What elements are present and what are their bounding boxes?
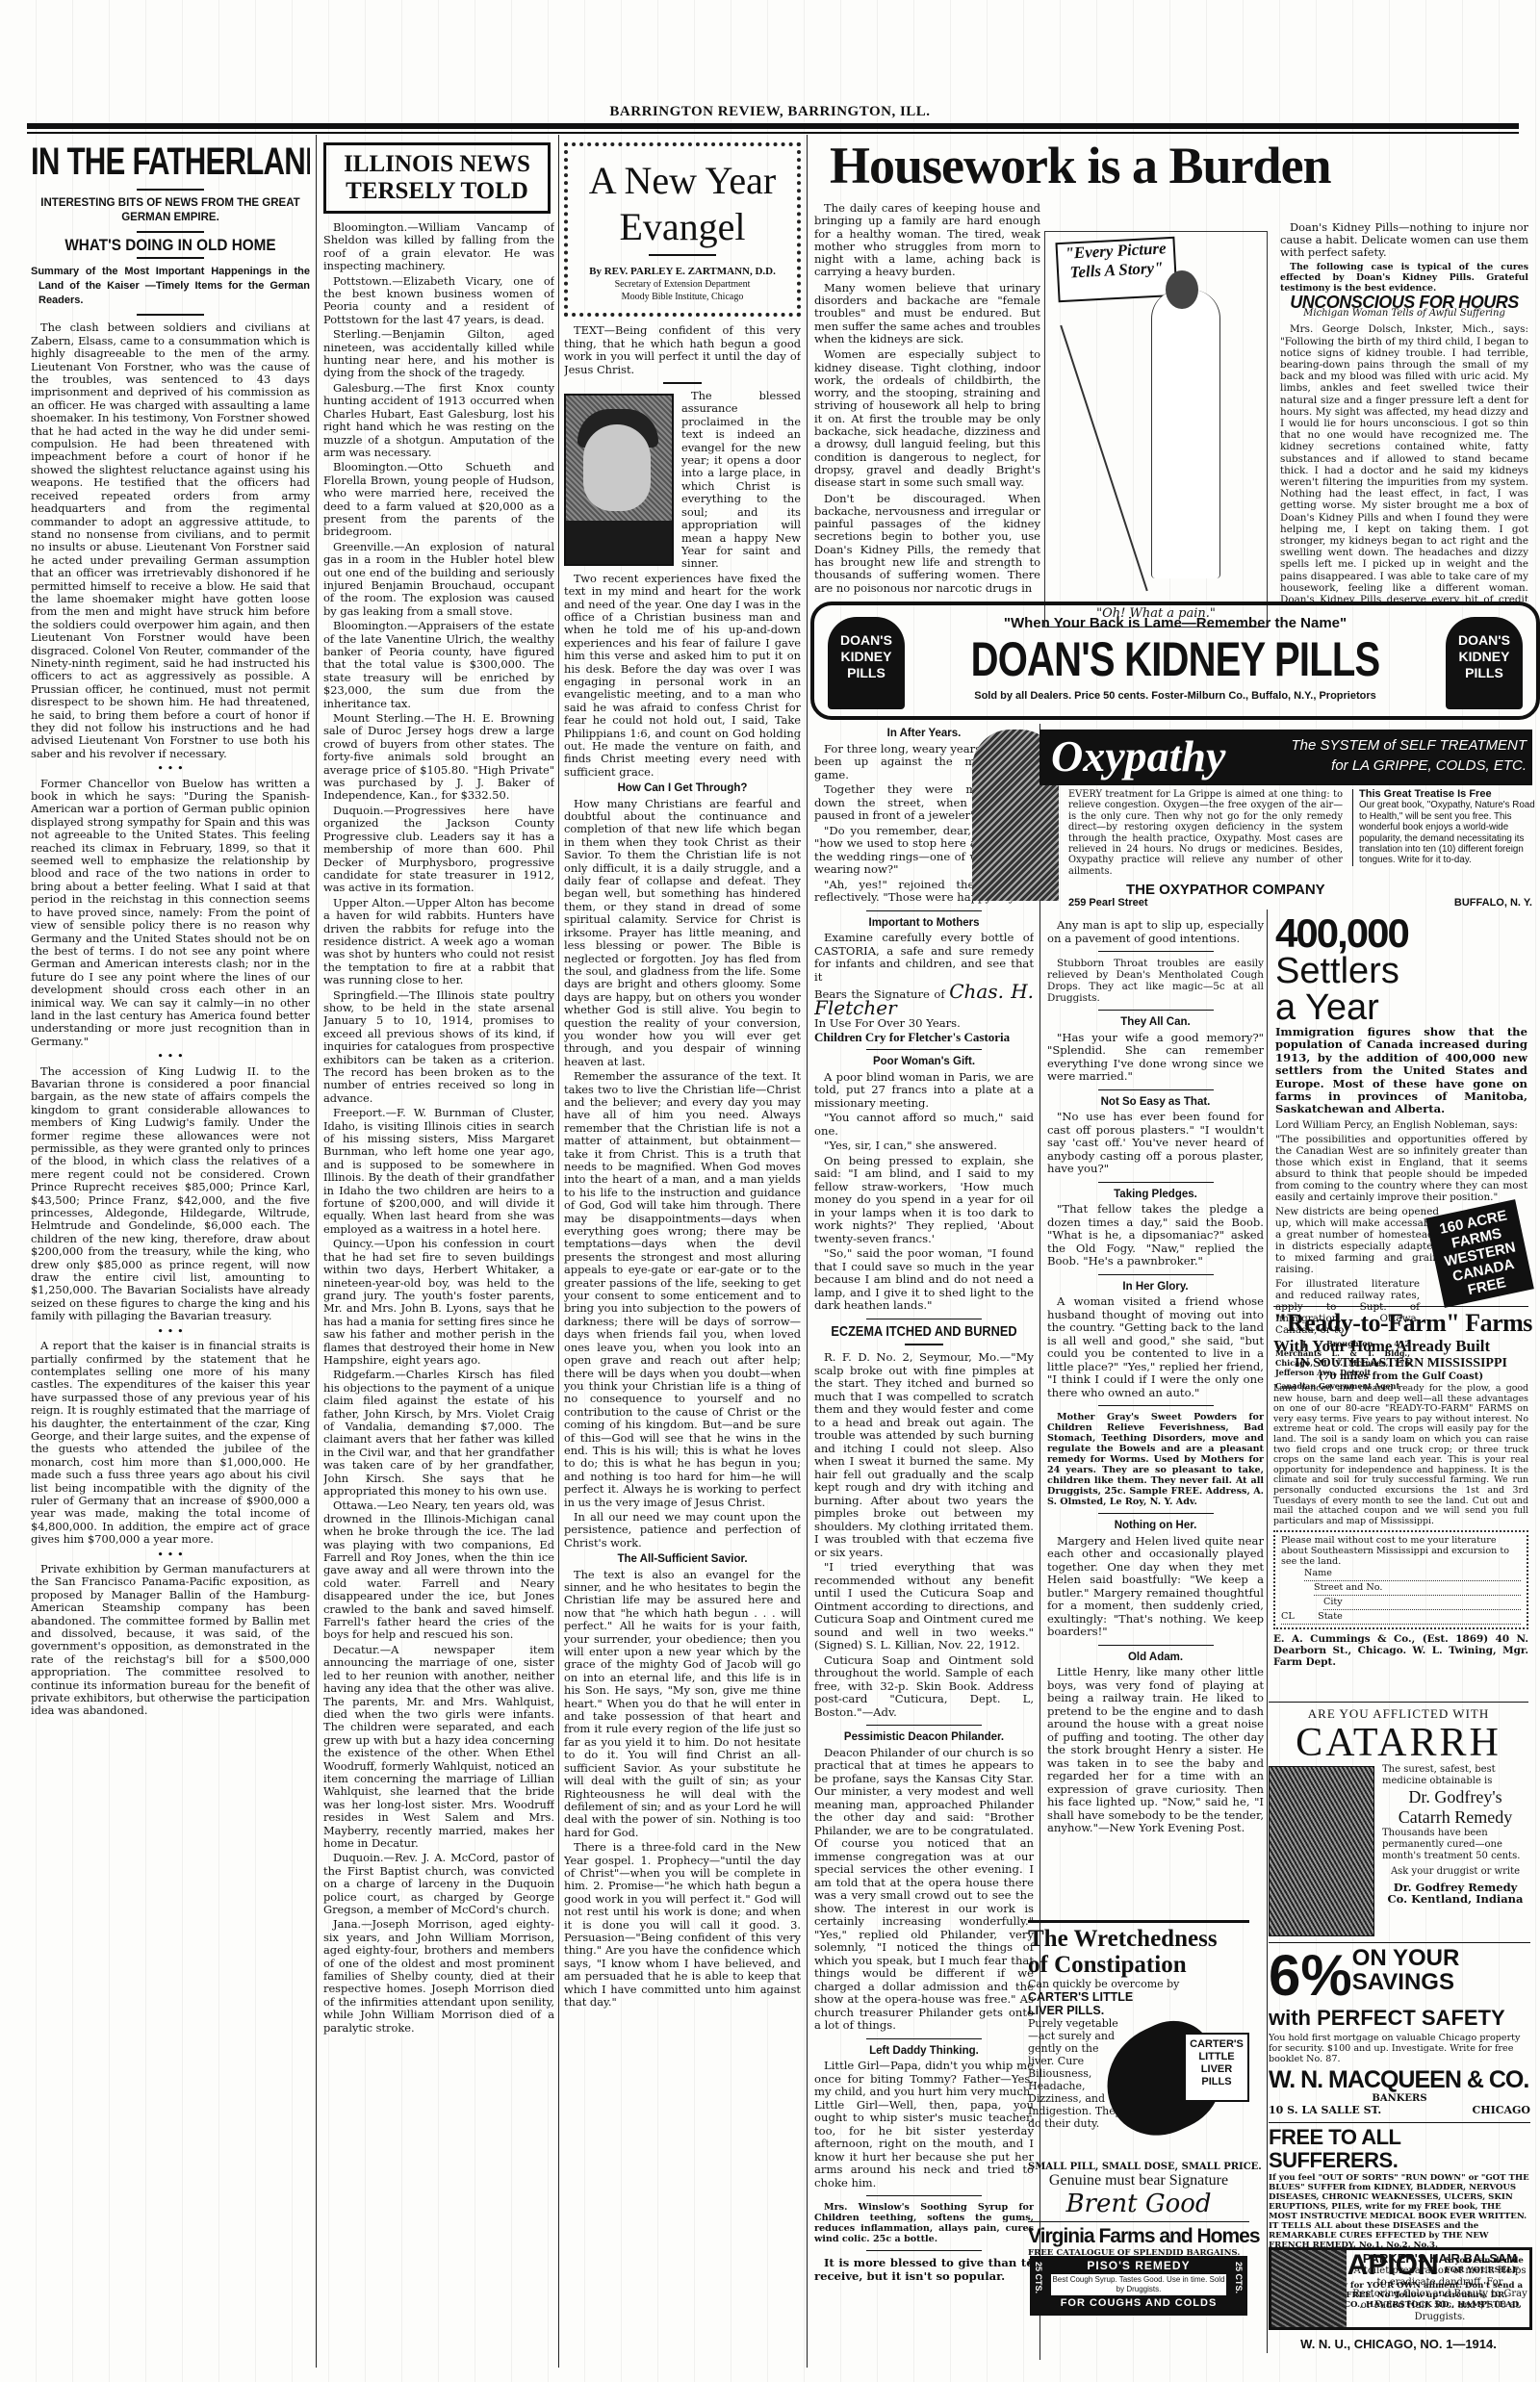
fatherland-paragraph: The accession of King Ludwig II. to the … [31,1065,310,1323]
divider [137,189,204,191]
all-can-head: They All Can. [1047,1016,1264,1030]
housework-p2: Many women believe that urinary disorder… [814,282,1040,346]
illinois-news-item: Duquoin.—Rev. J. A. McCord, pastor of th… [323,1852,554,1916]
every-picture-banner: "Every Picture Tells A Story" [1055,237,1177,302]
eczema-p: Cuticura Soap and Ointment sold througho… [814,1654,1034,1720]
separator-dots: • • • [31,1549,310,1561]
author-portrait [564,394,674,566]
illinois-column: ILLINOIS NEWS TERSELY TOLD Bloomington.—… [323,135,554,2368]
divider [649,254,716,256]
illinois-news-item: Ottawa.—Leo Neary, ten years old, was dr… [323,1499,554,1641]
divider [905,1344,943,1345]
ready-body: Land fenced and cleared ready for the pl… [1273,1384,1528,1526]
deacon-head: Pessimistic Deacon Philander. [814,1731,1034,1745]
illinois-news-item: Quincy.—Upon his confession in court tha… [323,1238,554,1367]
ready-distance: (70 miles from the Gulf Coast) [1273,1371,1528,1382]
settlers-line2: Settlers [1275,953,1527,989]
carters-head-2: of Constipation [1028,1952,1249,1978]
piso-price-left: 25 CTS. [1034,2262,1043,2293]
parker-text: A toilet preparation of merit. Helps to … [1352,2266,1527,2323]
evangel-p7: There is a three-fold card in the New Ye… [564,1841,801,2009]
separator-dots: • • • [31,1050,310,1063]
evangel-p3: How many Christians are fearful and doub… [564,798,801,1069]
fatherland-paragraph: Private exhibition by German manufacture… [31,1563,310,1718]
divider [1269,2122,1530,2123]
carters-small: SMALL PILL, SMALL DOSE, SMALL PRICE. [1028,2162,1249,2172]
evangel-position: Secretary of Extension Department [579,278,785,291]
coupon-city-field[interactable]: City [1323,1596,1521,1610]
evangel-p6: The text is also an evangel for the sinn… [564,1569,801,1840]
evangel-subhead-1: How Can I Get Through? [564,782,801,795]
settlers-line3: a Year [1275,989,1527,1026]
carters-name: CARTER'S LITTLE LIVER PILLS. [1028,1990,1153,2017]
housework-p4: Don't be discouraged. When backache, ner… [814,493,1040,595]
ready-subtitle: With Your Home Already Built [1273,1337,1528,1356]
catarrh-question: ARE YOU AFFLICTED WITH [1269,1706,1528,1722]
illinois-news-item: Bloomington.—William Vancamp of Sheldon … [323,221,554,273]
savings-safety: with PERFECT SAFETY [1269,2006,1530,2031]
illinois-news-item: Bloomington.—Appraisers of the estate of… [323,620,554,710]
therapion-head: FREE TO ALL SUFFERERS. [1269,2126,1530,2172]
divider [866,1049,982,1050]
carters-art-area: Purely vegetable —act surely and gently … [1028,2017,1249,2162]
poor-p: "So," said the poor woman, "I found that… [814,1247,1034,1313]
field-label: Street and No. [1314,1582,1382,1593]
fatherland-paragraph: Former Chancellor von Buelow has written… [31,778,310,1049]
oxypathy-system: The SYSTEM of SELF TREATMENT for LA GRIP… [1286,735,1527,776]
glory-head: In Her Glory. [1047,1281,1264,1294]
parkers-ad: PARKER'S HAIR BALSAM A toilet preparatio… [1269,2247,1532,2330]
poor-p: A poor blind woman in Paris, we are told… [814,1071,1034,1111]
broom-drawing [1060,325,1148,591]
illinois-news-item: Decatur.—A newspaper item announcing the… [323,1644,554,1851]
fletcher-signature-line: Bears the Signature of Chas. H. Fletcher [814,986,1034,1017]
divider [1273,1306,1528,1307]
ready-title: "Ready-to-Farm" Farms [1273,1310,1528,1337]
eczema-head: ECZEMA ITCHED AND BURNED [831,1325,1017,1339]
housework-left-text: The daily cares of keeping house and bri… [814,202,1040,602]
coupon-street-field[interactable]: Street and No. [1314,1581,1521,1596]
savings-percent: 6% [1269,1946,1352,2006]
newspaper-page: BARRINGTON REVIEW, BARRINGTON, ILL. IN T… [0,0,1540,2382]
piso-foot: FOR COUGHS AND COLDS [1030,2297,1247,2309]
pledges-text: "That fellow takes the pledge a dozen ti… [1047,1203,1264,1268]
divider [866,1725,982,1726]
divider [866,910,982,911]
settlers-number: 400,000 [1275,914,1527,953]
pisos-ad: 25 CTS. 25 CTS. PISO'S REMEDY Best Cough… [1030,2256,1247,2316]
oxypathy-logo: Oxypathy [1051,731,1225,781]
piso-price-right: 25 CTS. [1234,2262,1244,2293]
fatherland-title: IN THE FATHERLAND [31,141,248,183]
illinois-body: Bloomington.—William Vancamp of Sheldon … [323,221,554,2035]
column-rule [1267,909,1268,2353]
doans-sold-line: Sold by all Dealers. Price 50 cents. Fos… [814,690,1536,702]
divider [1098,1645,1214,1646]
easy-text: "No use has ever been found for cast off… [1047,1111,1264,1176]
divider [1028,1920,1249,1923]
catarrh-ad: ARE YOU AFFLICTED WITH CATARRH The sures… [1269,1702,1528,1940]
fatherland-heading: WHAT'S DOING IN OLD HOME [45,239,296,251]
macqueen-address: 10 S. LA SALLE ST. [1269,2104,1381,2116]
illinois-news-item: Upper Alton.—Upper Alton has become a ha… [323,897,554,987]
settlers-p1: Immigration figures show that the popula… [1275,1026,1527,1116]
coupon-name-field[interactable]: Name [1304,1567,1521,1581]
illinois-news-item: Jana.—Joseph Morrison, aged eighty-six y… [323,1918,554,2035]
divider [663,382,702,384]
western-canada-badge: 160 ACRE FARMS WESTERN CANADA FREE [1425,1199,1534,1308]
divider [866,2038,982,2039]
evangel-byline: By REV. PARLEY E. ZARTMANN, D.D. [579,266,785,278]
divider [1098,951,1214,952]
glory-text: A woman visited a friend whose husband t… [1047,1295,1264,1399]
illinois-news-item: Galesburg.—The first Knox county hunting… [323,382,554,459]
housework-p1: The daily cares of keeping house and bri… [814,202,1040,279]
poor-p: On being pressed to explain, she said: "… [814,1155,1034,1246]
oxypathy-city: BUFFALO, N. Y. [1454,897,1532,909]
divider [866,1319,982,1319]
evangel-text: TEXT—Being confident of this very thing,… [564,324,801,376]
fatherland-summary: Summary of the Most Important Happenings… [31,265,310,308]
fatherland-body: The clash between soldiers and civilians… [31,321,310,1717]
carters-signature: Brent Good [1028,2190,1249,2218]
oxypathy-address: 259 Pearl Street [1068,897,1148,909]
adam-head: Old Adam. [1047,1652,1264,1665]
carters-head-1: The Wretchedness [1028,1926,1249,1952]
housework-p3: Women are especially subject to kidney d… [814,348,1040,489]
evangel-subhead-2: The All-Sufficient Savior. [564,1553,801,1566]
field-label: City [1323,1597,1343,1607]
divider [1098,1182,1214,1183]
oxypathy-free-text: Our great book, "Oxypathy, Nature's Road… [1359,800,1537,865]
all-can-text: "Has your wife a good memory?" "Splendid… [1047,1032,1264,1084]
case-headline: UNCONSCIOUS FOR HOURS [1280,296,1528,308]
case-text: Mrs. George Dolsch, Inkster, Mich., says… [1280,323,1528,602]
evangel-title-2: Evangel [579,206,785,248]
piso-body: Best Cough Syrup. Tastes Good. Use in ti… [1051,2274,1226,2295]
parker-text-block: PARKER'S HAIR BALSAM A toilet preparatio… [1352,2252,1527,2323]
macqueen-city: CHICAGO [1472,2104,1530,2116]
mail-coupon[interactable]: Please mail without cost to me your lite… [1273,1530,1528,1629]
poor-p: "You cannot afford so much," said one. [814,1112,1034,1138]
daddy-text: Little Girl—Papa, didn't you whip me onc… [814,2060,1034,2190]
divider [137,231,204,233]
savings-ad: 6% ON YOUR SAVINGS with PERFECT SAFETY Y… [1269,1942,1530,2116]
divider [1098,1513,1214,1514]
in-use-line: In Use For Over 30 Years. [814,1017,1034,1031]
illinois-news-item: Springfield.—The Illinois state poultry … [323,989,554,1106]
illinois-news-item: Duquoin.—Progressives here have organize… [323,805,554,895]
divider [866,2250,982,2251]
godfrey-portrait [1269,1766,1374,1936]
children-cry: Children Cry for Fletcher's Castoria [814,1031,1034,1044]
oxypathy-free-head: This Great Treatise Is Free [1359,789,1537,800]
carters-ad: The Wretchedness of Constipation Can qui… [1028,1920,1249,2267]
macqueen-name: W. N. MACQUEEN & CO. [1269,2066,1530,2093]
poor-head: Poor Woman's Gift. [814,1056,1034,1069]
parker-head: PARKER'S HAIR BALSAM [1352,2252,1527,2266]
blessed-quip: It is more blessed to give than to recei… [814,2257,1034,2283]
catarrh-title: CATARRH [1269,1722,1528,1764]
slip-quip: Any man is apt to slip up, especially on… [1047,919,1264,945]
ready-to-farm-ad: "Ready-to-Farm" Farms With Your Home Alr… [1273,1306,1528,1670]
evangel-p4: Remember the assurance of the text. It t… [564,1070,801,1509]
case-subhead: Michigan Woman Tells of Awful Suffering [1280,308,1528,320]
housework-right-text: Doan's Kidney Pills—nothing to injure no… [1280,221,1528,602]
woman-head-drawing [1166,270,1198,309]
divider [1028,2221,1249,2222]
fatherland-column: IN THE FATHERLAND INTERESTING BITS OF NE… [31,135,310,2368]
fatherland-subhead: INTERESTING BITS OF NEWS FROM THE GREAT … [31,196,310,225]
divider [1098,1010,1214,1011]
illinois-news-item: Mount Sterling.—The H. E. Browning sale … [323,712,554,803]
illinois-news-item: Sterling.—Benjamin Gilton, aged nineteen… [323,328,554,380]
divider [1098,1089,1214,1090]
misc-column-1: In After Years. For three long, weary ye… [814,724,1034,2360]
settlers-p4: New districts are being opened up, which… [1275,1206,1439,1275]
fatherland-paragraph: The clash between soldiers and civilians… [31,321,310,760]
separator-dots: • • • [31,762,310,775]
field-label: State [1318,1611,1343,1622]
easy-head: Not So Easy as That. [1047,1096,1264,1110]
coupon-code: CL [1281,1611,1295,1622]
coupon-text: Please mail without cost to me your lite… [1281,1535,1521,1567]
evangel-p2: Two recent experiences have fixed the te… [564,573,801,780]
nothing-head: Nothing on Her. [1047,1520,1264,1533]
fatherland-paragraph: A report that the kaiser is in financial… [31,1340,310,1547]
doans-tagline: "When Your Back is Lame—Remember the Nam… [814,615,1536,631]
column-rule [316,135,317,2368]
housework-headline: Housework is a Burden [830,137,1523,194]
housework-illustration: "Every Picture Tells A Story" "Oh! What … [1044,231,1268,628]
carters-genuine: Genuine must bear Signature [1028,2172,1249,2190]
virginia-head: Virginia Farms and Homes [1028,2225,1249,2248]
winslow-ad: Mrs. Winslow's Soothing Syrup for Childr… [814,2202,1034,2244]
therapion-text: If you feel "OUT OF SORTS" "RUN DOWN" or… [1269,2173,1530,2250]
evangel-header-box: A New Year Evangel By REV. PARLEY E. ZAR… [564,142,801,317]
throat-ad: Stubborn Throat troubles are easily reli… [1047,958,1264,1004]
illinois-news-item: Bloomington.—Otto Schueth and Florella B… [323,461,554,538]
daddy-head: Left Daddy Thinking. [814,2045,1034,2059]
nothing-text: Margery and Helen lived quite near each … [1047,1535,1264,1639]
bankers-label: BANKERS [1269,2093,1530,2104]
ready-location: IN SOUTHEASTERN MISSISSIPPI [1273,1356,1528,1371]
misc-column-2: Any man is apt to slip up, especially on… [1047,919,1264,1915]
adam-text: Little Henry, like many other little boy… [1047,1666,1264,1835]
oxypathy-free-box: This Great Treatise Is Free Our great bo… [1352,789,1537,866]
footer-imprint: W. N. U., CHICAGO, NO. 1—1914. [1269,2337,1528,2351]
illinois-news-item: Freeport.—F. W. Burnman of Cluster, Idah… [323,1107,554,1236]
illinois-title: ILLINOIS NEWS TERSELY TOLD [323,142,551,214]
mothers-head: Important to Mothers [814,917,1034,931]
pledges-head: Taking Pledges. [1047,1189,1264,1202]
column-rule [807,135,808,2368]
illinois-news-item: Pottstown.—Elizabeth Vicary, one of the … [323,275,554,327]
eczema-p: R. F. D. No. 2, Seymour, Mo.—"My scalp b… [814,1351,1034,1559]
poor-p: "Yes, sir, I can," she answered. [814,1140,1034,1153]
masthead: BARRINGTON REVIEW, BARRINGTON, ILL. [0,104,1540,120]
divider [866,2195,982,2196]
mother-gray-ad: Mother Gray's Sweet Powders for Children… [1047,1412,1264,1507]
divider [1098,1274,1214,1275]
ready-firm: E. A. Cummings & Co., (Est. 1869) 40 N. … [1273,1633,1528,1668]
doans-banner-ad: DOAN'S KIDNEY PILLS DOAN'S KIDNEY PILLS … [810,602,1540,720]
parker-portrait [1271,2250,1347,2327]
top-rule [27,123,1519,129]
oxypathy-header: Oxypathy The SYSTEM of SELF TREATMENT fo… [1039,730,1532,785]
oxypathy-company: THE OXYPATHOR COMPANY [1126,882,1325,898]
woman-drawing [1151,290,1220,578]
evangel-institute: Moody Bible Institute, Chicago [579,291,785,303]
macqueen-address-row: 10 S. LA SALLE ST. CHICAGO [1269,2104,1530,2116]
coupon-state-field[interactable]: CL State [1281,1610,1521,1625]
oxypathy-body: EVERY treatment for La Grippe is aimed a… [1068,789,1343,877]
carters-sign: CARTER'S LITTLE LIVER PILLS [1184,2033,1249,2102]
evangel-p5: In all our need we may count upon the pe… [564,1511,801,1550]
column-rule [558,135,559,2368]
evangel-column: A New Year Evangel By REV. PARLEY E. ZAR… [564,135,801,2368]
carters-can: Can quickly be overcome by [1028,1978,1249,1990]
divider [1269,1702,1528,1703]
settlers-p2: Lord William Percy, an English Nobleman,… [1275,1119,1527,1131]
field-label: Name [1304,1568,1332,1578]
housework-right-intro: Doan's Kidney Pills—nothing to injure no… [1280,221,1528,259]
illinois-news-item: Ridgefarm.—Charles Kirsch has filed his … [323,1369,554,1498]
illinois-news-item: Greenville.—An explosion of natural gas … [323,541,554,618]
eczema-p: "I tried everything that was recommended… [814,1561,1034,1652]
mothers-text: Examine carefully every bottle of CASTOR… [814,932,1034,984]
top-rule-thin [27,132,1519,134]
deacon-text: Deacon Philander of our church is so pra… [814,1747,1034,2033]
oxypathy-ad: Oxypathy The SYSTEM of SELF TREATMENT fo… [972,730,1532,908]
evangel-title-1: A New Year [579,160,785,202]
divider [1098,1405,1214,1406]
doans-brand: DOAN'S KIDNEY PILLS [886,634,1464,684]
piso-head: PISO'S REMEDY [1030,2259,1247,2272]
divider [137,257,204,259]
housework-typical: The following case is typical of the cur… [1280,262,1528,294]
savings-text: You hold first mortgage on valuable Chic… [1269,2033,1530,2064]
separator-dots: • • • [31,1325,310,1338]
settlers-p3: "The possibilities and opportunities off… [1275,1134,1527,1203]
divider [137,314,204,316]
